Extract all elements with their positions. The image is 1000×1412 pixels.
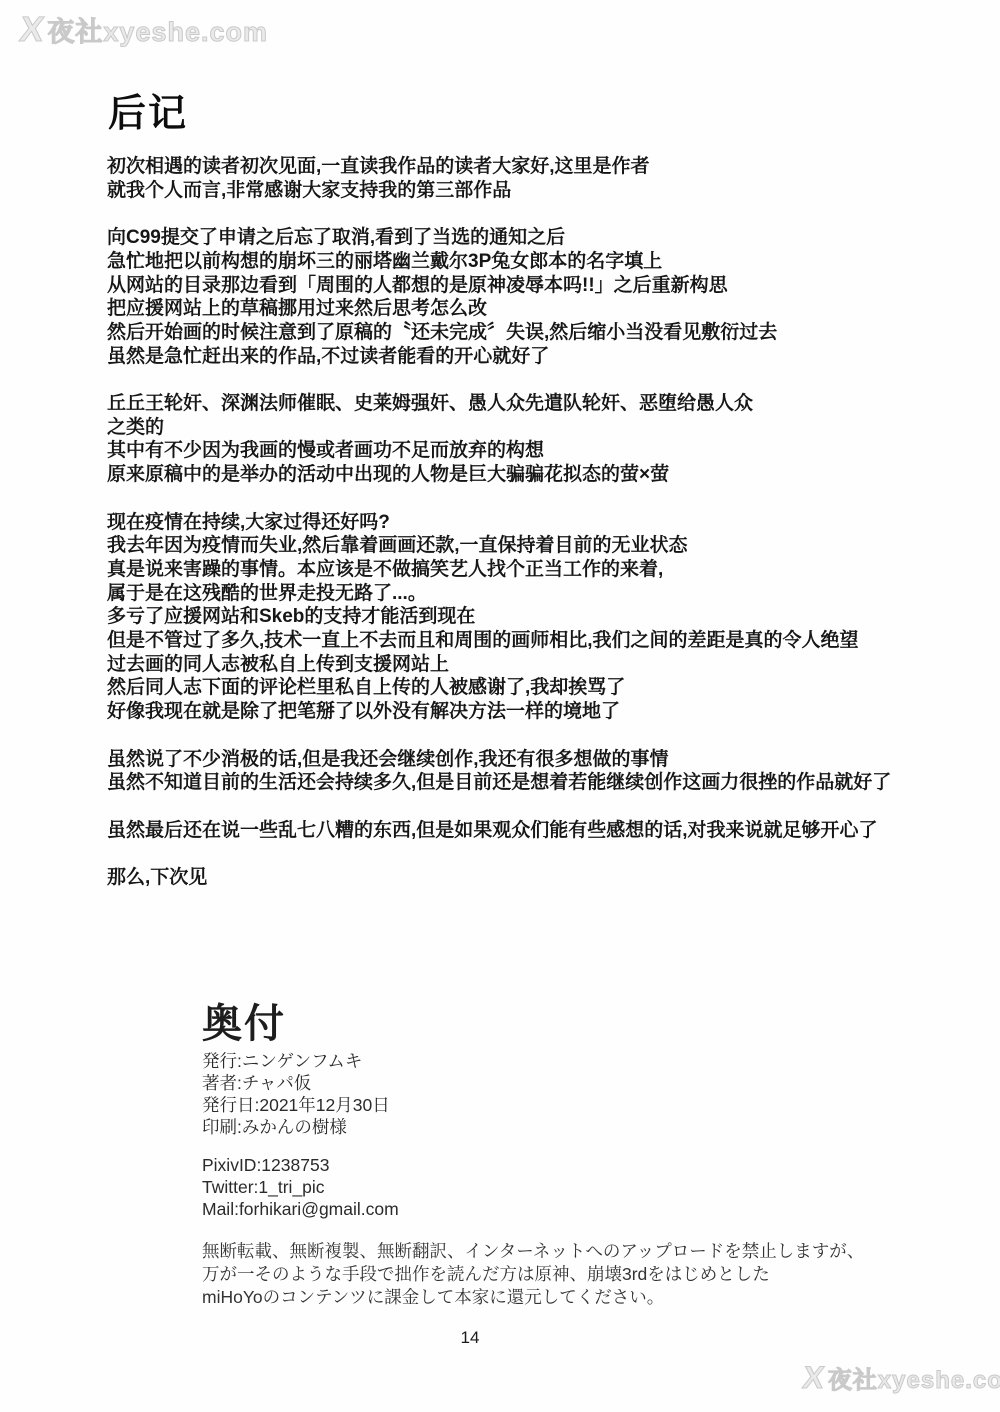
text-line: 無断転載、無断複製、無断翻訳、インターネットへのアップロードを禁止しますが、	[202, 1240, 862, 1263]
colophon-disclaimer: 無断転載、無断複製、無断翻訳、インターネットへのアップロードを禁止しますが、万が…	[202, 1240, 862, 1309]
text-line: 虽然最后还在说一些乱七八糟的东西,但是如果观众们能有些感想的话,对我来说就足够开…	[107, 819, 977, 843]
watermark-text: 夜社xyeshe.com	[828, 1367, 1000, 1394]
colophon-title: 奥付	[202, 1000, 862, 1048]
afterword-paragraph-1: 初次相遇的读者初次见面,一直读我作品的读者大家好,这里是作者就我个人而言,非常感…	[107, 155, 977, 202]
text-line: 著者:チャパ仮	[202, 1072, 862, 1094]
text-line: 我去年因为疫情而失业,然后靠着画画还款,一直保持着目前的无业状态	[107, 534, 977, 558]
text-line: 现在疫情在持续,大家过得还好吗?	[107, 511, 977, 535]
text-line: PixivID:1238753	[202, 1154, 862, 1176]
document-page: X夜社xyeshe.com 后记 初次相遇的读者初次见面,一直读我作品的读者大家…	[0, 0, 1000, 1412]
afterword-title: 后记	[108, 82, 188, 137]
text-line: 从网站的目录那边看到「周围的人都想的是原神凌辱本吗!!」之后重新构思	[107, 274, 977, 298]
text-line: Twitter:1_tri_pic	[202, 1176, 862, 1198]
text-line: 然后开始画的时候注意到了原稿的〝还未完成〞失误,然后缩小当没看见敷衍过去	[107, 321, 977, 345]
afterword-paragraph-3: 丘丘王轮奸、深渊法师催眠、史莱姆强奸、愚人众先遣队轮奸、恶堕给愚人众之类的其中有…	[107, 392, 977, 487]
afterword-paragraph-2: 向C99提交了申请之后忘了取消,看到了当选的通知之后急忙地把以前构想的崩坏三的丽…	[107, 226, 977, 368]
page-number: 14	[440, 1328, 500, 1348]
text-line: 原来原稿中的是举办的活动中出现的人物是巨大骗骗花拟态的萤×萤	[107, 463, 977, 487]
text-line: 多亏了应援网站和Skeb的支持才能活到现在	[107, 605, 977, 629]
text-line: 把应援网站上的草稿挪用过来然后思考怎么改	[107, 297, 977, 321]
text-line: 印刷:みかんの樹様	[202, 1116, 862, 1138]
afterword-body: 初次相遇的读者初次见面,一直读我作品的读者大家好,这里是作者就我个人而言,非常感…	[107, 155, 977, 890]
text-line: 虽然是急忙赶出来的作品,不过读者能看的开心就好了	[107, 345, 977, 369]
watermark-text: 夜社xyeshe.com	[47, 17, 268, 47]
text-line: 过去画的同人志被私自上传到支援网站上	[107, 653, 977, 677]
text-line: 向C99提交了申请之后忘了取消,看到了当选的通知之后	[107, 226, 977, 250]
text-line: Mail:forhikari@gmail.com	[202, 1198, 862, 1220]
text-line: 急忙地把以前构想的崩坏三的丽塔幽兰戴尔3P兔女郎本的名字填上	[107, 250, 977, 274]
text-line: 発行:ニンゲンフムキ	[202, 1050, 862, 1072]
afterword-paragraph-7: 那么,下次见	[107, 866, 977, 890]
text-line: 真是说来害躁的事情。本应该是不做搞笑艺人找个正当工作的来着,	[107, 558, 977, 582]
text-line: 属于是在这残酷的世界走投无路了...。	[107, 582, 977, 606]
text-line: 発行日:2021年12月30日	[202, 1094, 862, 1116]
text-line: 好像我现在就是除了把笔掰了以外没有解决方法一样的境地了	[107, 700, 977, 724]
colophon: 奥付 発行:ニンゲンフムキ著者:チャパ仮発行日:2021年12月30日印刷:みか…	[202, 1000, 862, 1309]
text-line: 虽然不知道目前的生活还会持续多久,但是目前还是想着若能继续创作这画力很挫的作品就…	[107, 771, 977, 795]
watermark-logo-icon: X	[800, 1360, 827, 1396]
text-line: miHoYoのコンテンツに課金して本家に還元してください。	[202, 1286, 862, 1309]
afterword-paragraph-6: 虽然最后还在说一些乱七八糟的东西,但是如果观众们能有些感想的话,对我来说就足够开…	[107, 819, 977, 843]
text-line: 万が一そのような手段で拙作を読んだ方は原神、崩壊3rdをはじめとした	[202, 1263, 862, 1286]
text-line: 之类的	[107, 416, 977, 440]
text-line: 那么,下次见	[107, 866, 977, 890]
text-line: 就我个人而言,非常感谢大家支持我的第三部作品	[107, 179, 977, 203]
watermark-logo-icon: X	[17, 10, 47, 50]
text-line: 虽然说了不少消极的话,但是我还会继续创作,我还有很多想做的事情	[107, 748, 977, 772]
watermark-bottom: X夜社xyeshe.com	[803, 1360, 1000, 1396]
colophon-contact-info: PixivID:1238753Twitter:1_tri_picMail:for…	[202, 1154, 862, 1220]
text-line: 丘丘王轮奸、深渊法师催眠、史莱姆强奸、愚人众先遣队轮奸、恶堕给愚人众	[107, 392, 977, 416]
colophon-publisher-info: 発行:ニンゲンフムキ著者:チャパ仮発行日:2021年12月30日印刷:みかんの樹…	[202, 1050, 862, 1138]
text-line: 但是不管过了多久,技术一直上不去而且和周围的画师相比,我们之间的差距是真的令人绝…	[107, 629, 977, 653]
text-line: 其中有不少因为我画的慢或者画功不足而放弃的构想	[107, 439, 977, 463]
text-line: 然后同人志下面的评论栏里私自上传的人被感谢了,我却挨骂了	[107, 676, 977, 700]
afterword-paragraph-4: 现在疫情在持续,大家过得还好吗?我去年因为疫情而失业,然后靠着画画还款,一直保持…	[107, 511, 977, 724]
afterword-paragraph-5: 虽然说了不少消极的话,但是我还会继续创作,我还有很多想做的事情虽然不知道目前的生…	[107, 748, 977, 795]
watermark-top: X夜社xyeshe.com	[20, 10, 268, 50]
text-line: 初次相遇的读者初次见面,一直读我作品的读者大家好,这里是作者	[107, 155, 977, 179]
